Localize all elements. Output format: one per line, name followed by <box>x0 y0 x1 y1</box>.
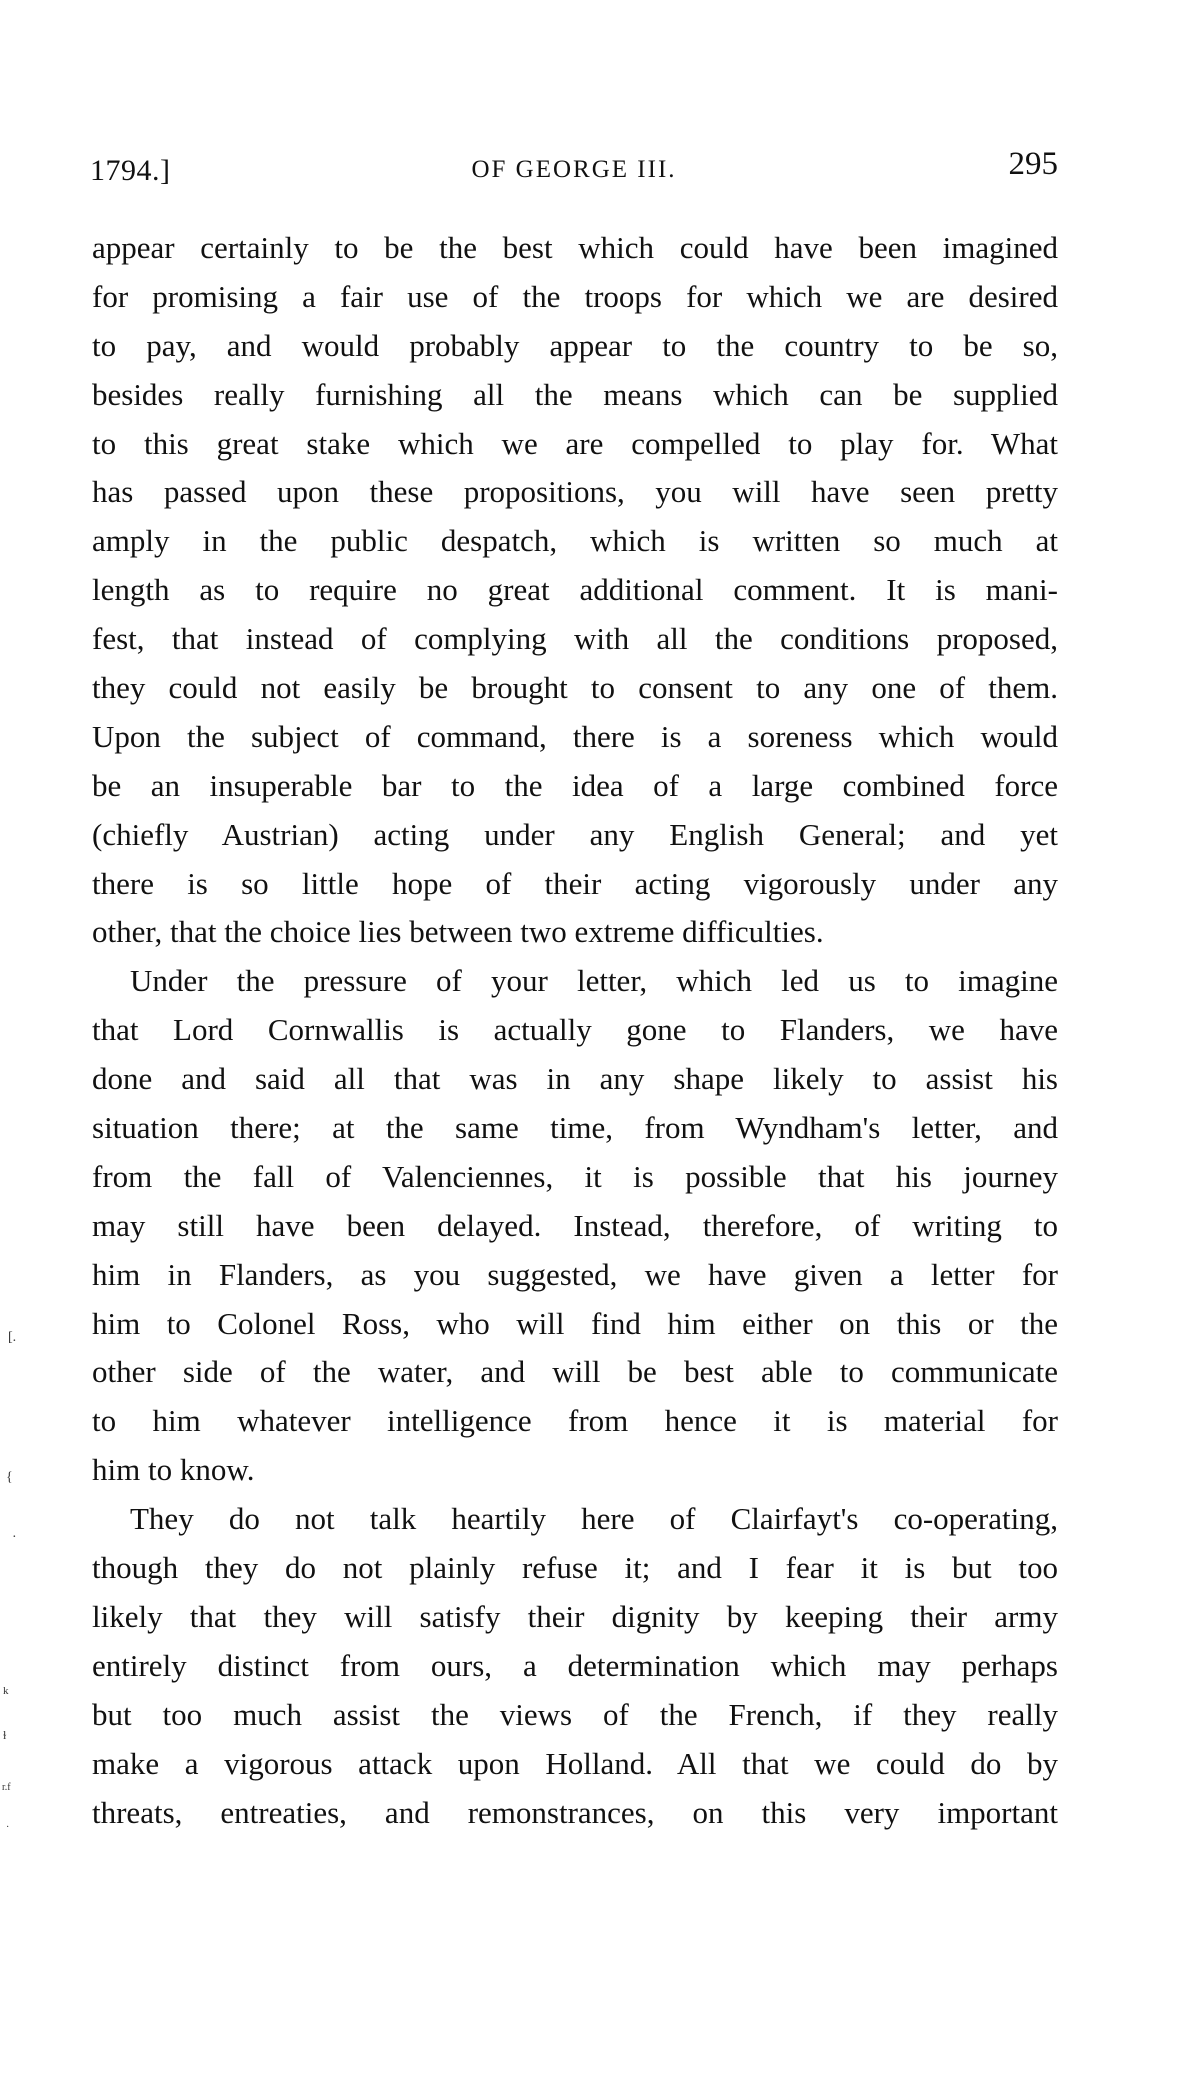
text-line: amply in the public despatch, which is w… <box>92 517 1058 566</box>
text-line: that Lord Cornwallis is actually gone to… <box>92 1006 1058 1055</box>
page-body: appear certainly to be the best which co… <box>92 224 1058 1837</box>
text-line: him in Flanders, as you suggested, we ha… <box>92 1251 1058 1300</box>
scan-margin-artifacts: [. { · k ɫ r.f · <box>0 0 40 2078</box>
text-line: situation there; at the same time, from … <box>92 1104 1058 1153</box>
text-line: likely that they will satisfy their dign… <box>92 1593 1058 1642</box>
text-line: done and said all that was in any shape … <box>92 1055 1058 1104</box>
text-line: They do not talk heartily here of Clairf… <box>92 1495 1058 1544</box>
margin-mark: { <box>6 1470 13 1486</box>
text-line: from the fall of Valenciennes, it is pos… <box>92 1153 1058 1202</box>
header-title: OF GEORGE III. <box>90 156 1058 184</box>
text-line: be an insuperable bar to the idea of a l… <box>92 762 1058 811</box>
paragraph-1: appear certainly to be the best which co… <box>92 224 1058 957</box>
text-line: other side of the water, and will be bes… <box>92 1348 1058 1397</box>
text-line: threats, entreaties, and remonstrances, … <box>92 1789 1058 1838</box>
text-line: to him whatever intelligence from hence … <box>92 1397 1058 1446</box>
text-line: appear certainly to be the best which co… <box>92 224 1058 273</box>
text-line: him to know. <box>92 1446 1058 1495</box>
text-line: though they do not plainly refuse it; an… <box>92 1544 1058 1593</box>
paragraph-2: Under the pressure of your letter, which… <box>92 957 1058 1495</box>
text-line: to pay, and would probably appear to the… <box>92 322 1058 371</box>
margin-mark: [. <box>8 1330 16 1346</box>
text-line: Under the pressure of your letter, which… <box>92 957 1058 1006</box>
text-line: besides really furnishing all the means … <box>92 371 1058 420</box>
text-line: Upon the subject of command, there is a … <box>92 713 1058 762</box>
margin-mark: · <box>12 1530 17 1546</box>
margin-mark: r.f <box>2 1782 11 1793</box>
text-line: him to Colonel Ross, who will find him e… <box>92 1300 1058 1349</box>
text-line: to this great stake which we are compell… <box>92 420 1058 469</box>
running-header: 1794.] OF GEORGE III. 295 <box>90 146 1058 190</box>
text-line: there is so little hope of their acting … <box>92 860 1058 909</box>
text-line: fest, that instead of complying with all… <box>92 615 1058 664</box>
text-line: they could not easily be brought to cons… <box>92 664 1058 713</box>
text-line: (chiefly Austrian) acting under any Engl… <box>92 811 1058 860</box>
margin-mark: ɫ <box>3 1728 6 1743</box>
text-line: other, that the choice lies between two … <box>92 908 1058 957</box>
margin-mark: · <box>6 1822 9 1833</box>
text-line: entirely distinct from ours, a determina… <box>92 1642 1058 1691</box>
text-line: has passed upon these propositions, you … <box>92 468 1058 517</box>
text-line: length as to require no great additional… <box>92 566 1058 615</box>
paragraph-3: They do not talk heartily here of Clairf… <box>92 1495 1058 1837</box>
text-line: make a vigorous attack upon Holland. All… <box>92 1740 1058 1789</box>
text-line: for promising a fair use of the troops f… <box>92 273 1058 322</box>
text-line: may still have been delayed. Instead, th… <box>92 1202 1058 1251</box>
page-number: 295 <box>1009 146 1059 183</box>
margin-mark: k <box>3 1685 9 1697</box>
text-line: but too much assist the views of the Fre… <box>92 1691 1058 1740</box>
